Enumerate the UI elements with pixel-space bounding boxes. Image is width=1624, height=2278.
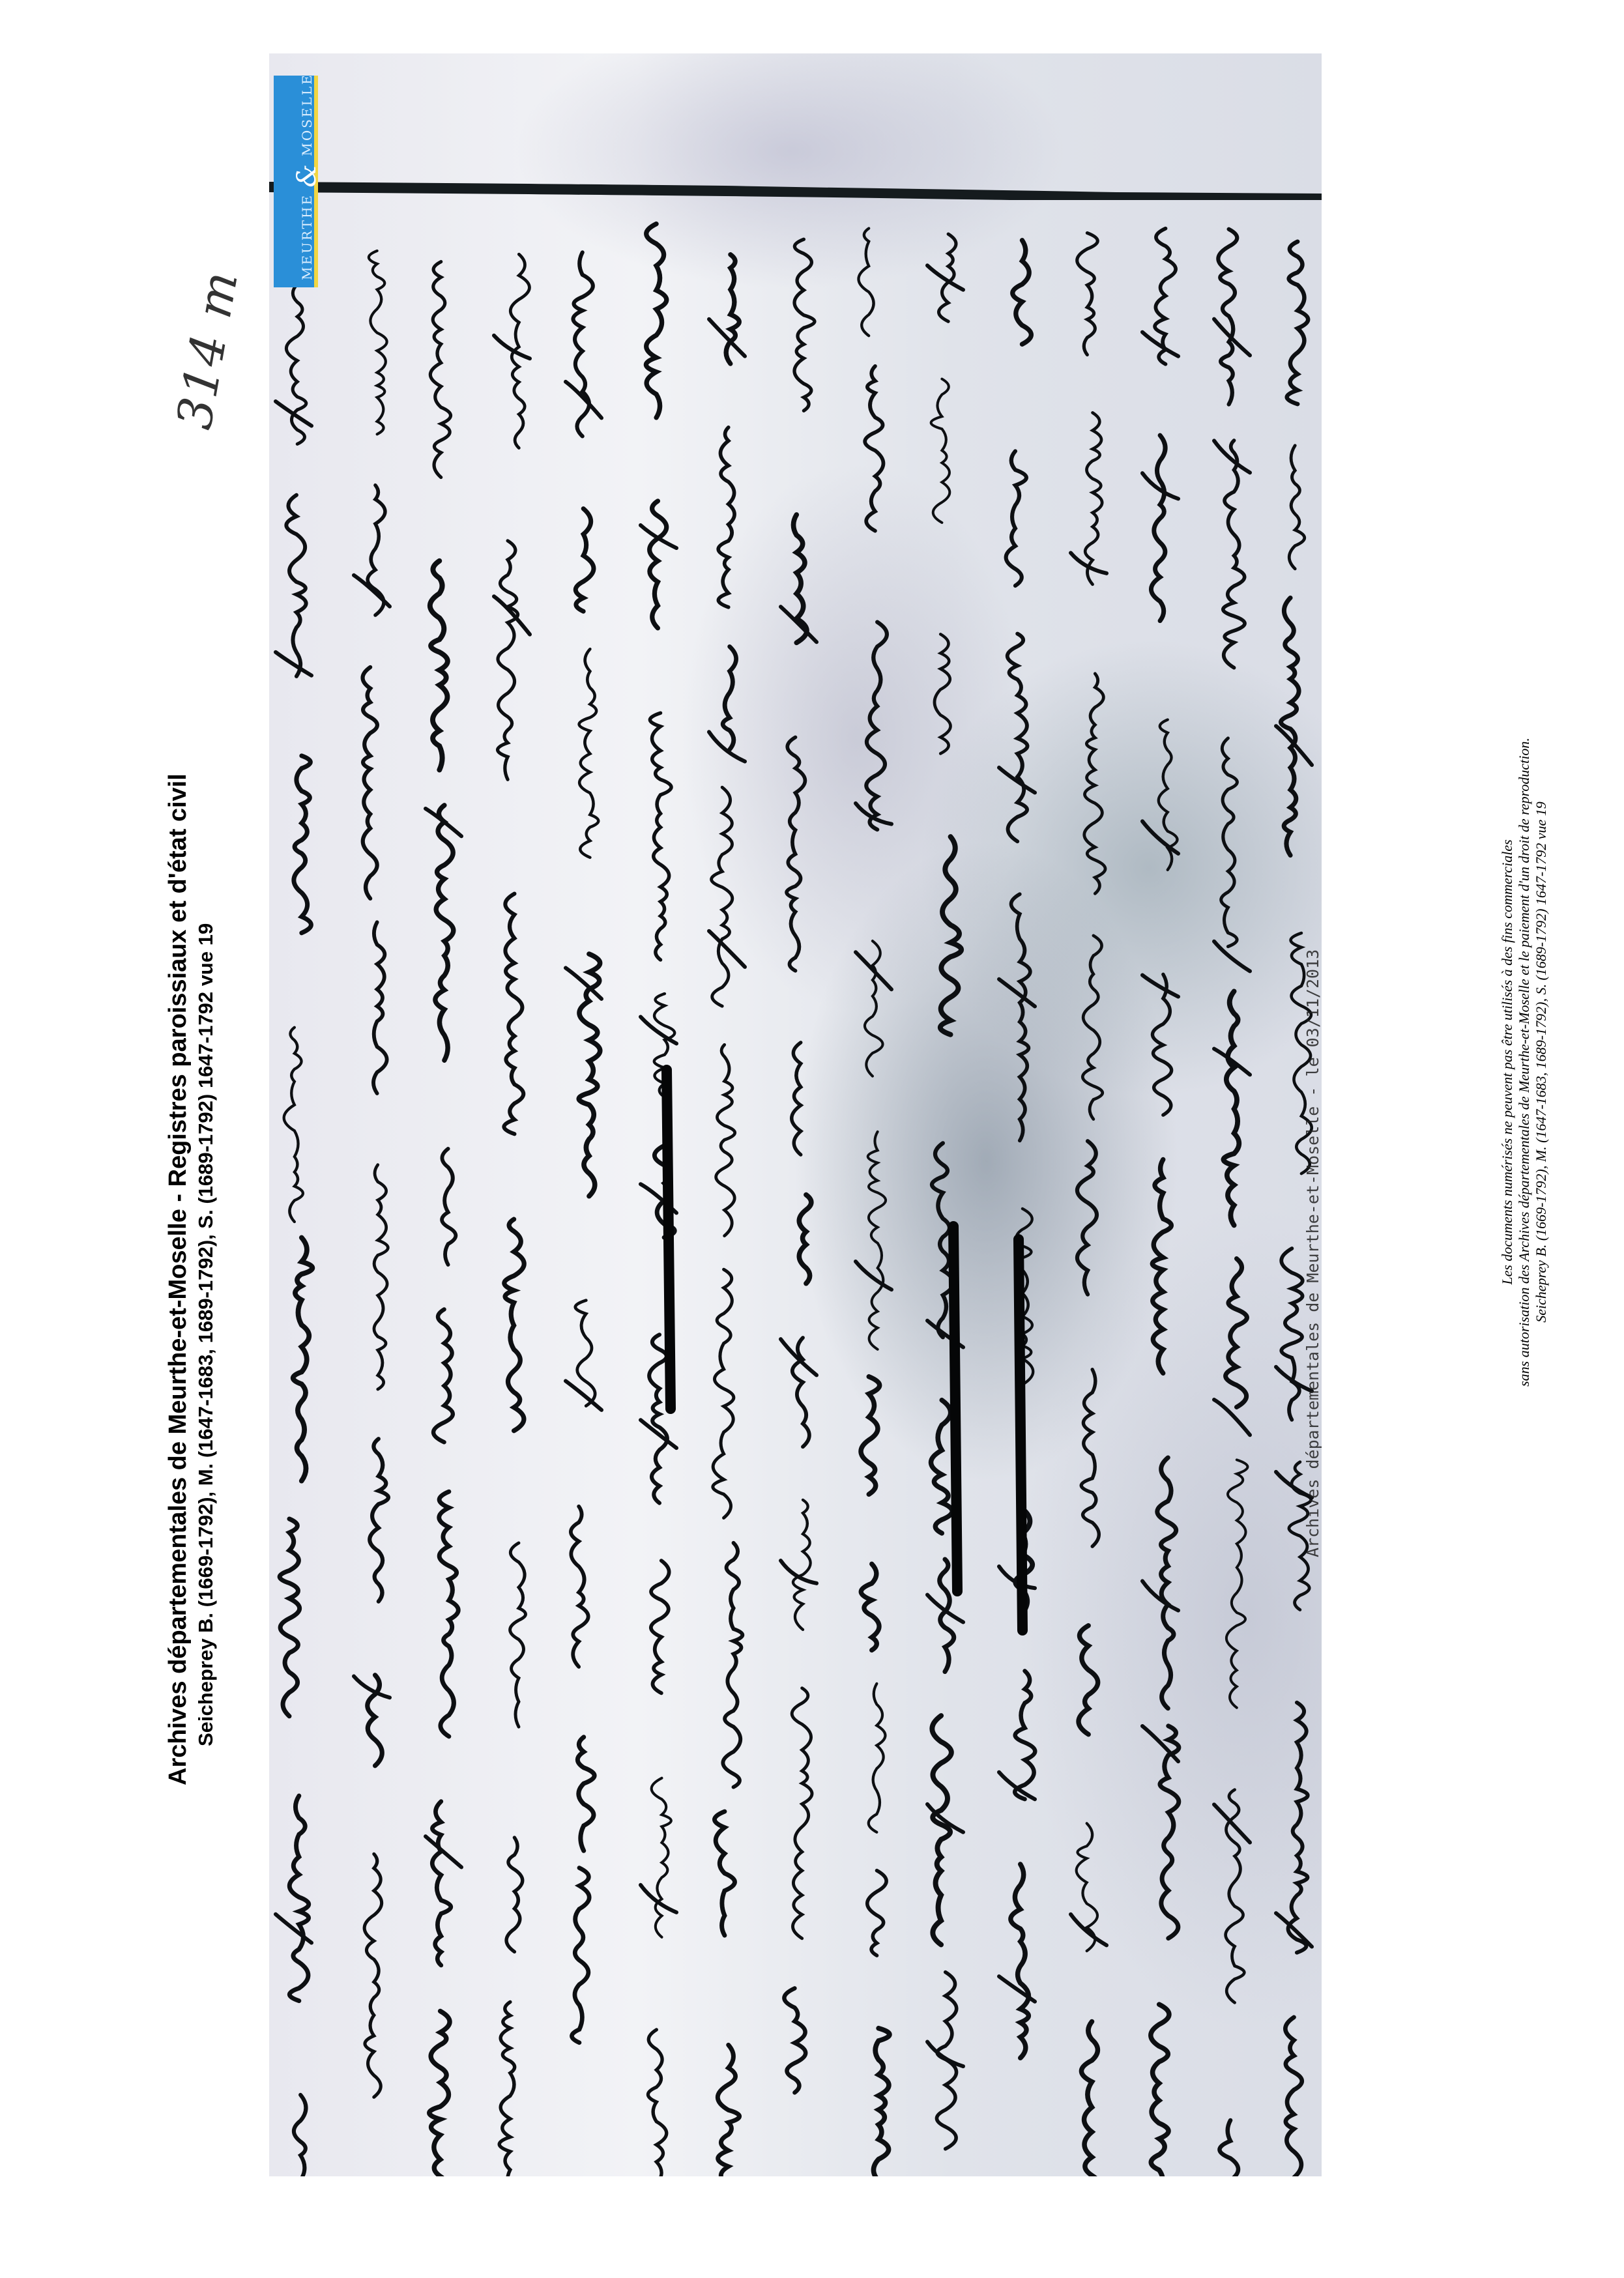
notice-line-3: Seicheprey B. (1669-1792), M. (1647-1683… xyxy=(1533,573,1550,1551)
logo-left-word: MEURTHE xyxy=(299,194,315,280)
notice-line-2: sans autorisation des Archives départeme… xyxy=(1516,573,1533,1551)
register-subtitle: Seicheprey B. (1669-1792), M. (1647-1683… xyxy=(193,482,219,1746)
document-header: Archives départementales de Meurthe-et-M… xyxy=(163,482,219,1785)
handwriting-strokes xyxy=(269,53,1322,2176)
archive-title: Archives départementales de Meurthe-et-M… xyxy=(163,482,193,1785)
logo-right-word: MOSELLE xyxy=(299,73,315,156)
fold-line xyxy=(269,174,1322,200)
register-scan xyxy=(269,53,1322,2176)
usage-notice: Les documents numérisés ne peuvent pas ê… xyxy=(1499,573,1550,1551)
handwritten-annotation: 314 m xyxy=(166,267,249,433)
archive-stamp: Archives départementales de Meurthe-et-M… xyxy=(1303,949,1322,1557)
logo-ampersand: & xyxy=(292,162,322,188)
notice-line-1: Les documents numérisés ne peuvent pas ê… xyxy=(1499,573,1516,1551)
logo-wordmark: MEURTHE & MOSELLE xyxy=(292,73,322,280)
